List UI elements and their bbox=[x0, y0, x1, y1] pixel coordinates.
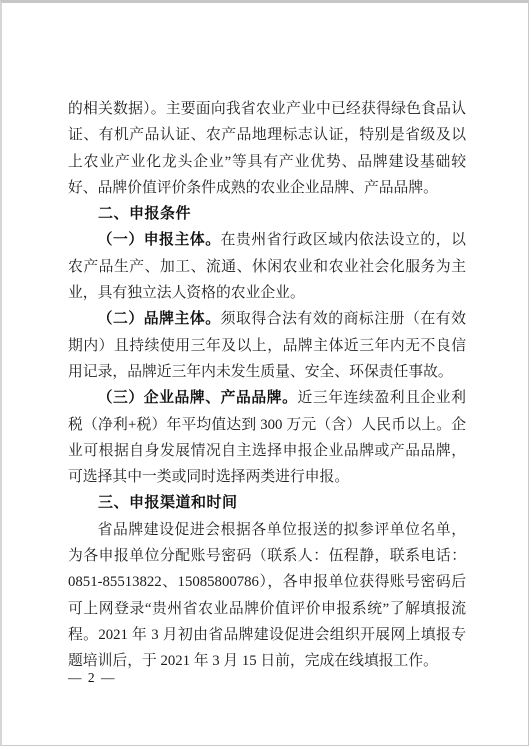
condition-item-1-lead: （一）申报主体。 bbox=[98, 232, 221, 248]
condition-item-2-lead: （二）品牌主体。 bbox=[98, 311, 221, 327]
paragraph-continuation: 的相关数据）。主要面向我省农业产业中已经获得绿色食品认证、有机产品认证、农产品地… bbox=[68, 96, 466, 201]
document-body: 的相关数据）。主要面向我省农业产业中已经获得绿色食品认证、有机产品认证、农产品地… bbox=[68, 96, 466, 675]
condition-item-1: （一）申报主体。在贵州省行政区域内依法设立的，以农产品生产、加工、流通、休闲农业… bbox=[68, 227, 466, 306]
section-heading-application-conditions: 二、申报条件 bbox=[68, 201, 466, 227]
document-page: 的相关数据）。主要面向我省农业产业中已经获得绿色食品认证、有机产品认证、农产品地… bbox=[0, 0, 529, 746]
page-number: — 2 — bbox=[68, 670, 116, 686]
paragraph-channel-and-time: 省品牌建设促进会根据各单位报送的拟参评单位名单，为各申报单位分配账号密码（联系人… bbox=[68, 517, 466, 675]
condition-item-2: （二）品牌主体。须取得合法有效的商标注册（在有效期内）且持续使用三年及以上，品牌… bbox=[68, 306, 466, 385]
condition-item-3-lead: （三）企业品牌、产品品牌。 bbox=[98, 390, 298, 406]
condition-item-3: （三）企业品牌、产品品牌。近三年连续盈利且企业利税（净利+税）年平均值达到 30… bbox=[68, 385, 466, 490]
section-heading-channel-and-time: 三、申报渠道和时间 bbox=[68, 490, 466, 516]
